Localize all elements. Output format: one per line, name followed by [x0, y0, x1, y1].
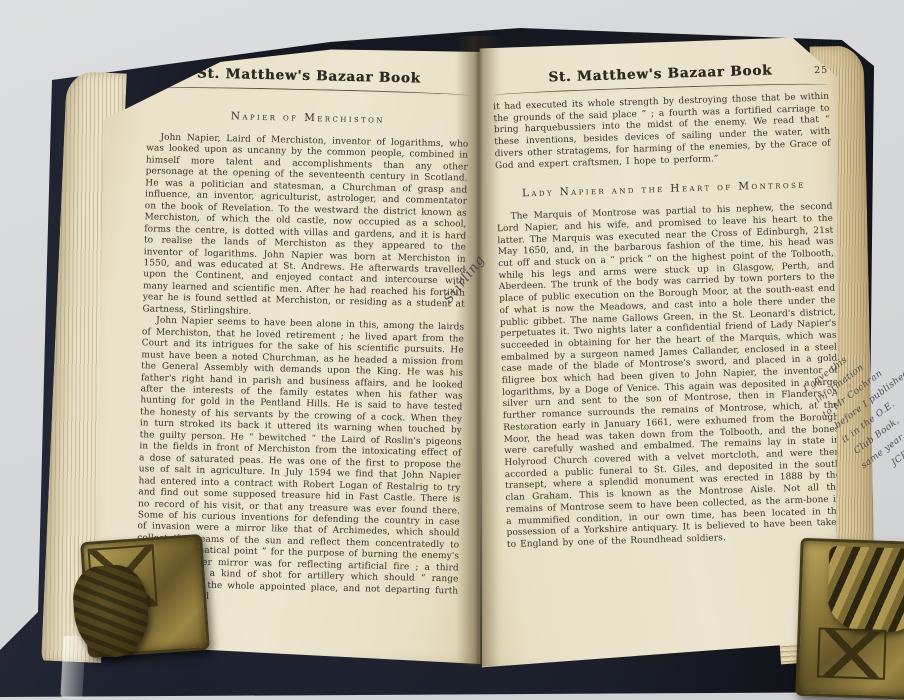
photo-backdrop: 24 St. Matthew's Bazaar Book Napier of M… [0, 0, 904, 700]
paragraph: John Napier, Laird of Merchiston, invent… [142, 132, 468, 323]
clasp-hand-ornament [827, 546, 904, 633]
brass-clasp-right [795, 538, 904, 700]
running-head-title: St. Matthew's Bazaar Book [530, 62, 790, 86]
handwritten-insertion-caret: ‸ [519, 266, 524, 279]
chapter-heading-napier: Napier of Merchiston [147, 108, 469, 127]
right-page-content: St. Matthew's Bazaar Book 25 it had exec… [492, 61, 843, 552]
running-head-title: St. Matthew's Bazaar Book [186, 65, 432, 87]
chapter-heading-montrose: Lady Napier and the Heart of Montrose [496, 178, 832, 201]
gutter-shadow [456, 36, 500, 666]
head-rule [147, 85, 469, 95]
right-page-number: 25 [790, 65, 828, 77]
stand-edge [60, 635, 85, 698]
brass-clasp-left [80, 534, 210, 658]
paragraph-continuation: it had executed its whole strength by de… [493, 92, 831, 173]
left-page-content: 24 St. Matthew's Bazaar Book Napier of M… [136, 64, 470, 609]
paragraph: The Marquis of Montrose was partial to h… [497, 202, 843, 552]
right-page: St. Matthew's Bazaar Book 25 it had exec… [476, 28, 844, 670]
clasp-lattice-engraving [817, 628, 887, 680]
